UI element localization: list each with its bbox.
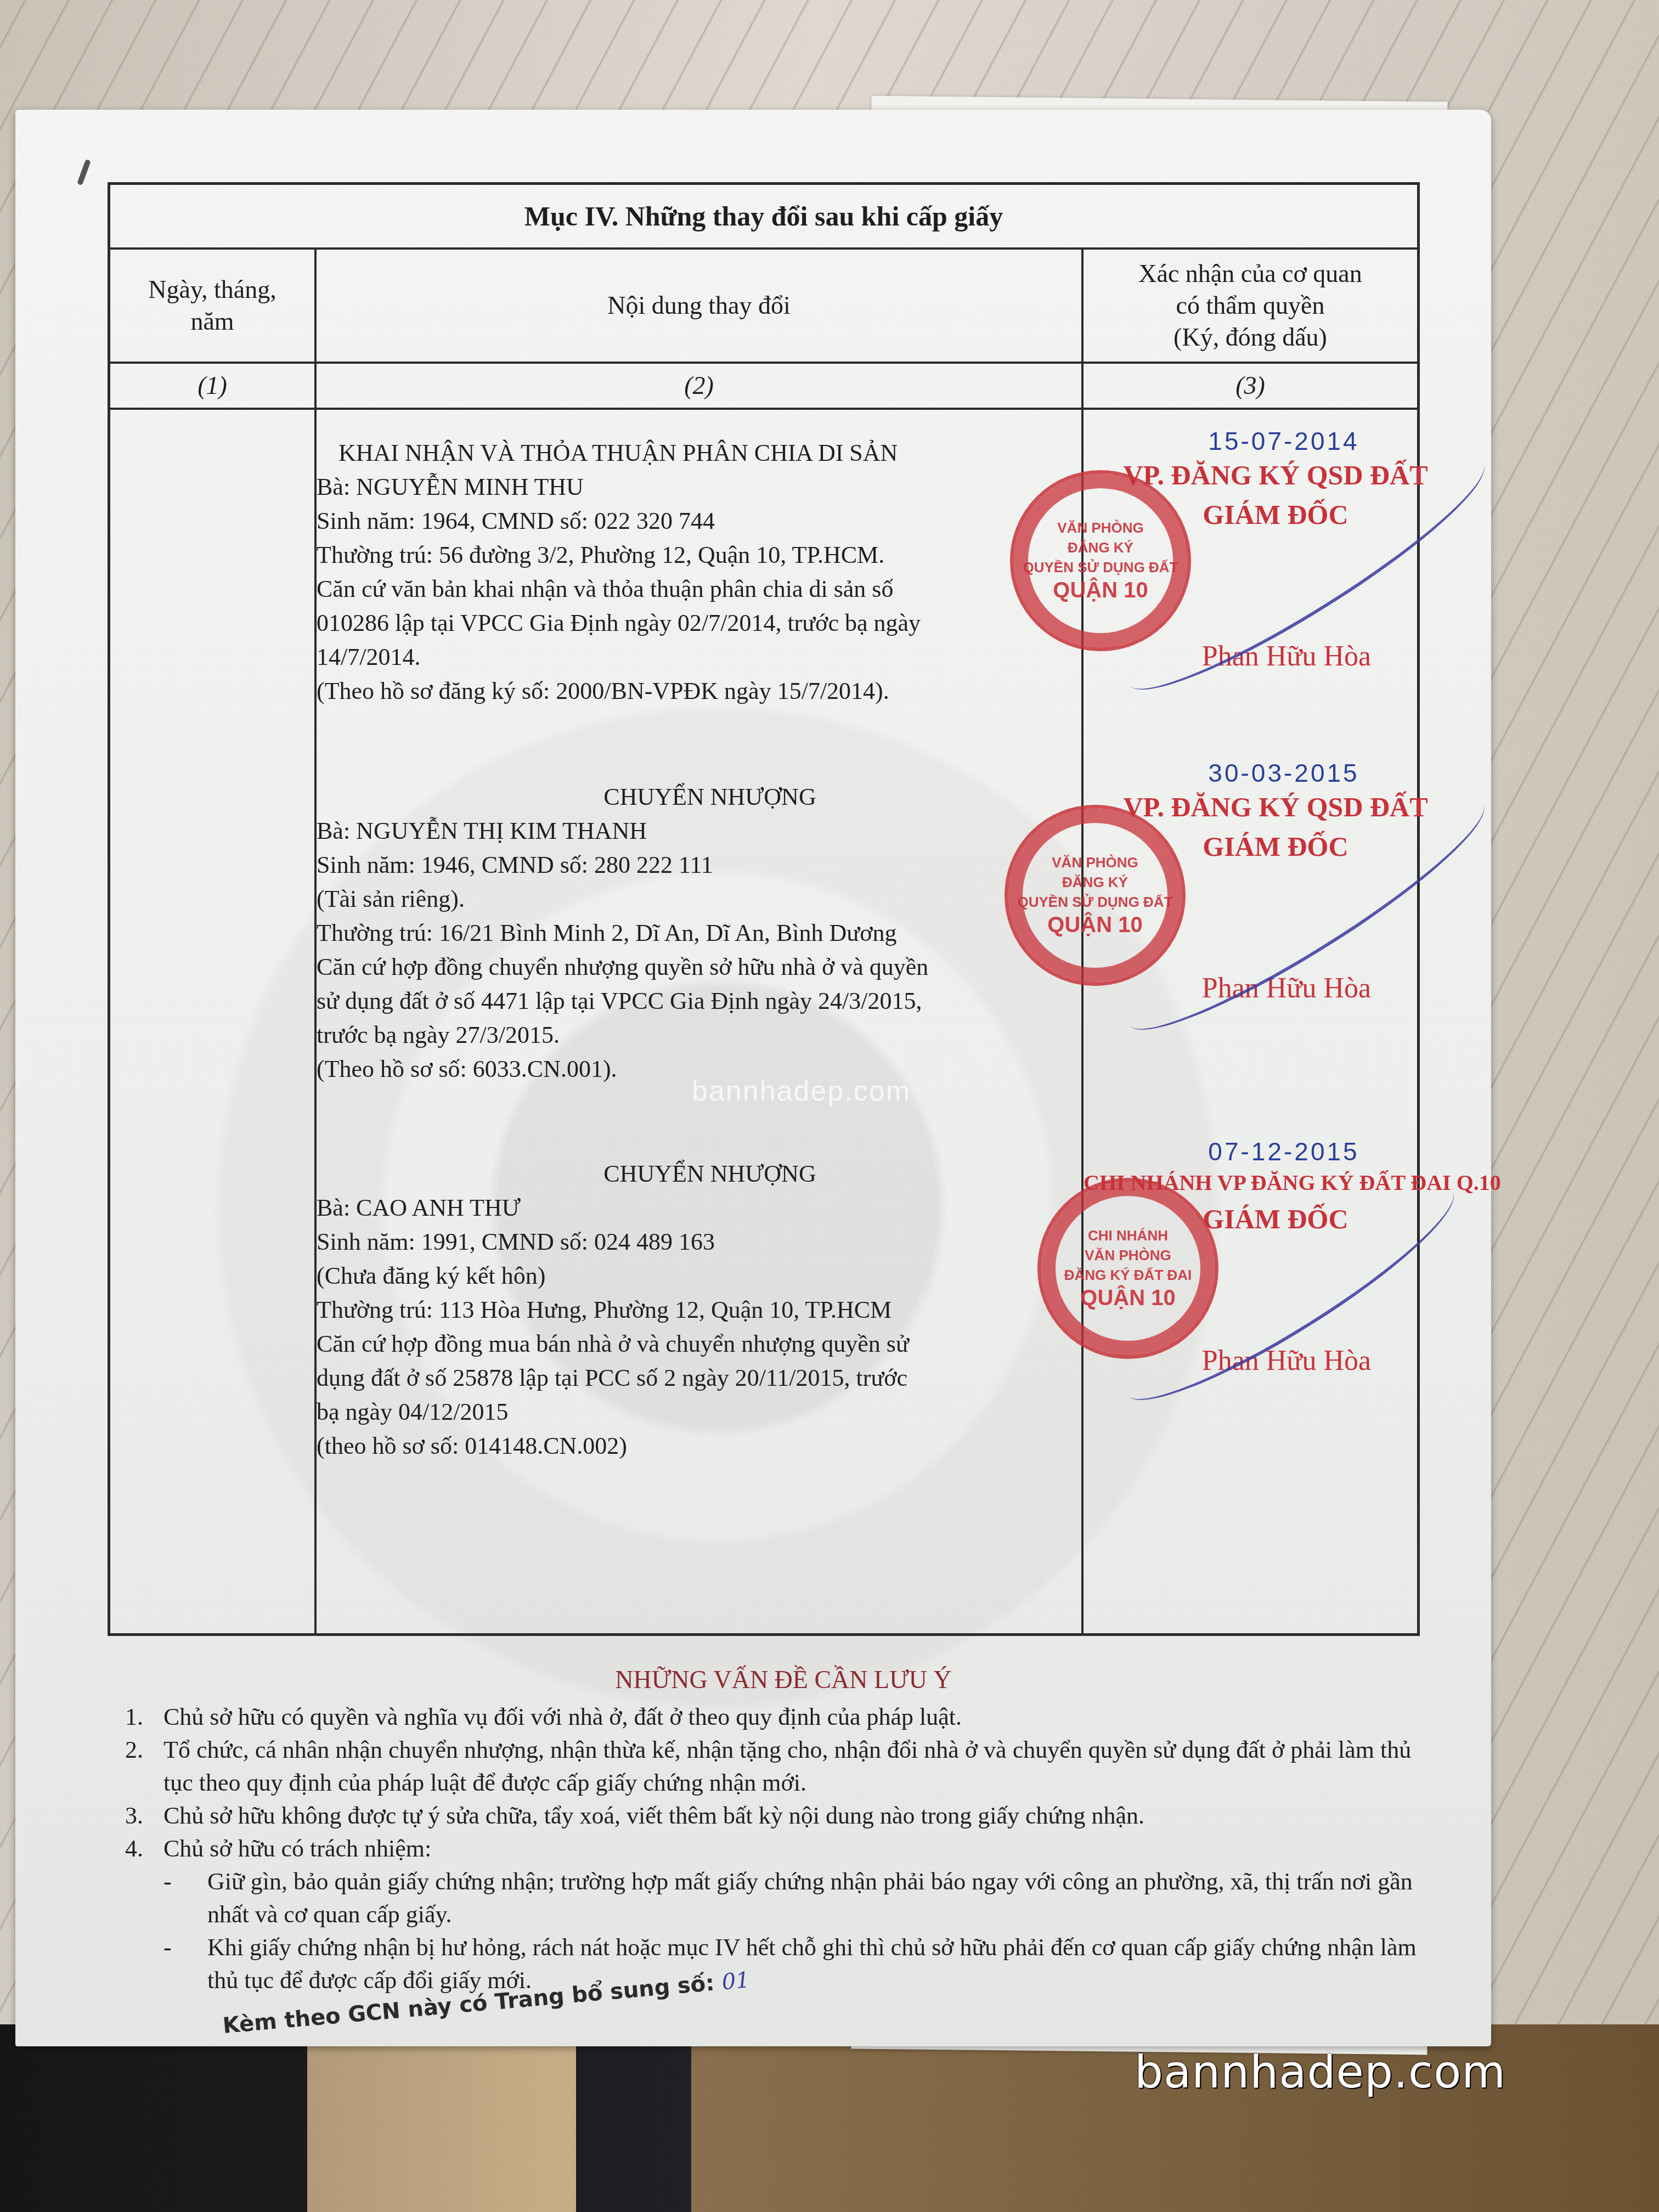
- column-number-2: (2): [317, 364, 1081, 408]
- column-number-row: (1) (2) (3): [110, 364, 1417, 410]
- note-item: 4. Chủ sở hữu có trách nhiệm:: [125, 1832, 1442, 1865]
- entry-title: KHAI NHẬN VÀ THỎA THUẬN PHÂN CHIA DI SẢN: [317, 436, 1081, 470]
- note-item: 1. Chủ sở hữu có quyền và nghĩa vụ đối v…: [125, 1701, 1442, 1734]
- certificate-page: Mục IV. Những thay đổi sau khi cấp giấy …: [15, 110, 1491, 2046]
- supplement-page-number: 01: [721, 1967, 751, 1995]
- table-header-row: Ngày, tháng, năm Nội dung thay đổi Xác n…: [110, 250, 1417, 364]
- entry-title: CHUYỂN NHƯỢNG: [317, 1157, 1081, 1191]
- notes-title: NHỮNG VẤN ĐỀ CẦN LƯU Ý: [125, 1663, 1442, 1696]
- watermark-text: bannhadep.com: [692, 1075, 911, 1108]
- punch-mark: [77, 159, 91, 186]
- change-entry: CHUYỂN NHƯỢNG Bà: NGUYỄN THỊ KIM THANH S…: [317, 780, 1081, 1086]
- entry-title: CHUYỂN NHƯỢNG: [317, 780, 1081, 814]
- note-item: 2. Tổ chức, cá nhân nhận chuyển nhượng, …: [125, 1734, 1442, 1799]
- section-title: Mục IV. Những thay đổi sau khi cấp giấy: [110, 185, 1417, 250]
- column-number-1: (1): [110, 364, 314, 408]
- notes-section: NHỮNG VẤN ĐỀ CẦN LƯU Ý 1. Chủ sở hữu có …: [125, 1663, 1442, 1997]
- stamp-date: 07-12-2015: [1084, 1137, 1468, 1166]
- stamp-date: 15-07-2014: [1084, 426, 1468, 456]
- header-date: Ngày, tháng, năm: [110, 250, 314, 362]
- official-seal-icon: VĂN PHÒNG ĐĂNG KÝ QUYỀN SỬ DỤNG ĐẤT QUẬN…: [1005, 805, 1186, 986]
- change-entry: CHUYỂN NHƯỢNG Bà: CAO ANH THƯ Sinh năm: …: [317, 1157, 1081, 1463]
- note-item: 3. Chủ sở hữu không được tự ý sửa chữa, …: [125, 1799, 1442, 1832]
- stamp-date: 30-03-2015: [1084, 758, 1468, 788]
- site-watermark: bannhadep.com: [1135, 2046, 1506, 2098]
- header-content: Nội dung thay đổi: [317, 250, 1081, 362]
- change-entry: KHAI NHẬN VÀ THỎA THUẬN PHÂN CHIA DI SẢN…: [317, 436, 1081, 708]
- note-subitem: - Khi giấy chứng nhận bị hư hỏng, rách n…: [125, 1931, 1442, 1997]
- column-number-3: (3): [1084, 364, 1417, 408]
- header-confirmation: Xác nhận của cơ quan có thẩm quyền (Ký, …: [1084, 250, 1417, 362]
- changes-table: Mục IV. Những thay đổi sau khi cấp giấy …: [108, 182, 1420, 1636]
- note-subitem: - Giữ gìn, bảo quản giấy chứng nhận; trư…: [125, 1865, 1442, 1931]
